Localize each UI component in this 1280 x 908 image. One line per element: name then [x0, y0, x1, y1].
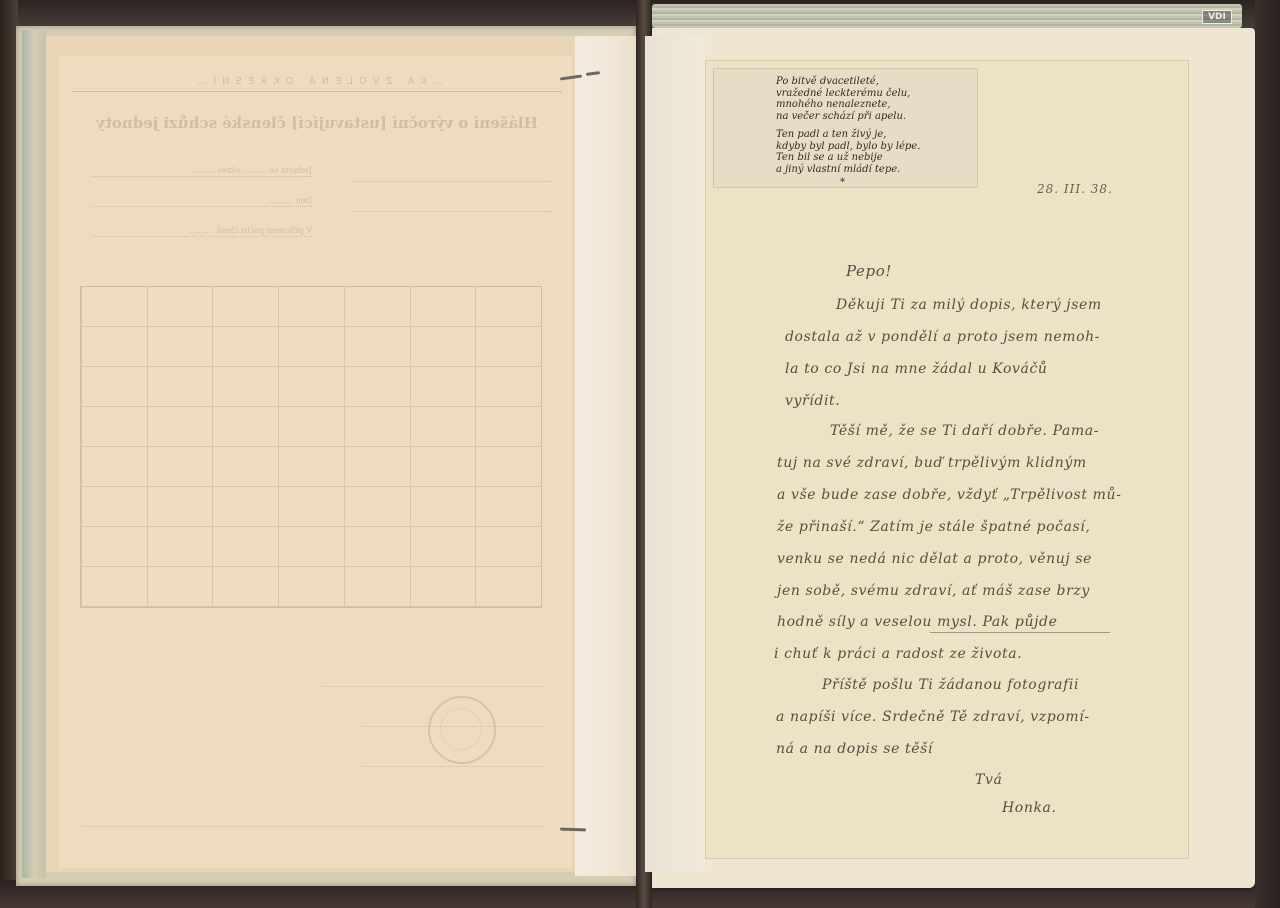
poem-ornament: *	[840, 177, 845, 189]
underline	[930, 632, 1110, 633]
poem-line: mnohého nenaleznete,	[776, 99, 910, 111]
letter-signature: Honka.	[1002, 800, 1057, 816]
letter-line: že přinaší.“ Zatím je stále špatné počas…	[777, 519, 1090, 535]
form-title: Hlášení o výroční [ustavující] členské s…	[72, 114, 562, 132]
poem-clipping: Po bitvě dvacetileté, vražedné leckterém…	[713, 68, 978, 188]
corner-badge: VDI	[1202, 10, 1232, 24]
letter-line: a vše bude zase dobře, vždyť „Trpělivost…	[777, 487, 1121, 503]
letter-salutation: Pepo!	[846, 262, 892, 280]
form-bleed-through: …KA ZVOLENÁ OKRESNÍ… Hlášení o výroční […	[58, 56, 572, 868]
poem-line: kdyby byl padl, bylo by lépe.	[776, 141, 920, 153]
page-stack-edge: VDI	[652, 4, 1242, 28]
letter-line: hodně síly a veselou mysl. Pak půjde	[777, 614, 1057, 630]
form-line	[352, 171, 552, 182]
form-line	[82, 816, 542, 827]
letter-line: Děkuji Ti za milý dopis, který jsem	[836, 297, 1102, 313]
letter-line: i chuť k práci a radost ze života.	[774, 646, 1022, 662]
poem-stanza-2: Ten padl a ten živý je, kdyby byl padl, …	[776, 129, 920, 175]
letter-line: a napíši více. Srdečně Tě zdraví, vzpomí…	[776, 709, 1090, 725]
letter-line: venku se nedá nic dělat a proto, věnuj s…	[777, 551, 1092, 567]
right-guard-strip	[645, 36, 705, 872]
letter-line: Těší mě, že se Ti daří dobře. Pama-	[830, 423, 1099, 439]
poem-line: Po bitvě dvacetileté,	[776, 76, 910, 88]
letter-date: 28. III. 38.	[1037, 182, 1113, 196]
letter-line: vyřídit.	[785, 393, 840, 409]
letter-line: la to co Jsi na mne žádal u Kováčů	[785, 361, 1048, 377]
letter-line: tuj na své zdraví, buď trpělivým klidným	[777, 455, 1087, 471]
letter-line: dostala až v pondělí a proto jsem nemoh-	[785, 329, 1100, 345]
letter-line: ná a na dopis se těší	[776, 741, 933, 757]
form-line: V přítomen počtu členů ………	[92, 226, 312, 237]
album-cover-right	[1255, 0, 1280, 908]
poem-stanza-1: Po bitvě dvacetileté, vražedné leckterém…	[776, 76, 910, 122]
binding-guard-strip	[575, 36, 645, 876]
letter-line: jen sobě, svému zdraví, ať máš zase brzy	[777, 583, 1090, 599]
letter-line: Příště pošlu Ti žádanou fotografii	[822, 677, 1079, 693]
poem-line: vražedné leckterému čelu,	[776, 88, 910, 100]
left-page: …KA ZVOLENÁ OKRESNÍ… Hlášení o výroční […	[46, 36, 576, 872]
poem-line: a jiný vlastní mládí tepe.	[776, 164, 920, 176]
form-line	[322, 676, 542, 687]
form-line	[352, 201, 552, 212]
left-board-edge	[22, 30, 46, 878]
poem-line: na večer schází při apelu.	[776, 111, 910, 123]
form-table	[80, 286, 542, 608]
poem-line: Ten padl a ten živý je,	[776, 129, 920, 141]
round-stamp-icon	[428, 696, 496, 764]
form-line: Den ………	[92, 196, 312, 207]
poem-line: Ten bil se a už nebije	[776, 152, 920, 164]
letter-closing: Tvá	[975, 772, 1002, 788]
form-line: Jednota ve ……… okres ………	[92, 166, 312, 177]
form-header: …KA ZVOLENÁ OKRESNÍ…	[72, 76, 562, 92]
